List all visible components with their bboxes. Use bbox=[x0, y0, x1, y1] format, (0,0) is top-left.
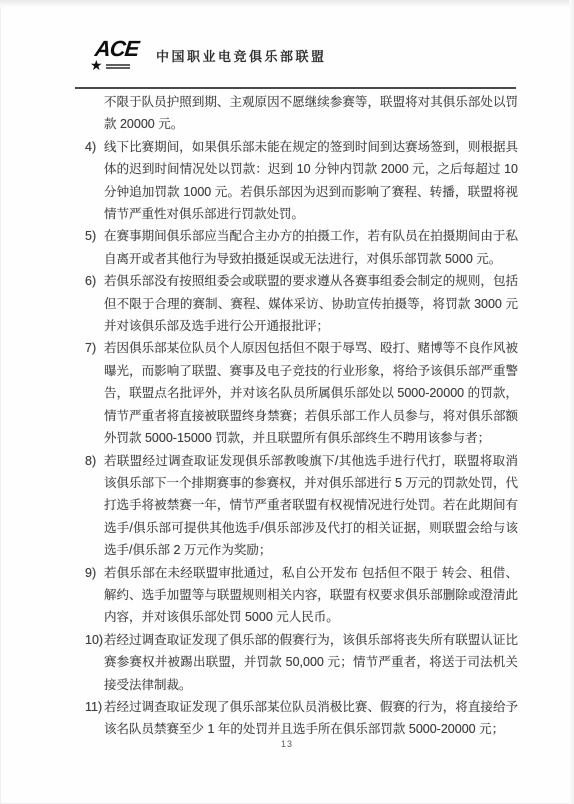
document-page: ACE ★ 中国职业电竞俱乐部联盟 不限于队员护照到期、主观原因不愿继续参赛等，… bbox=[0, 0, 574, 804]
scan-edge-right bbox=[569, 0, 574, 804]
rule-item: 6) 若俱乐部没有按照组委会或联盟的要求遵从各赛事组委会制定的规则，包括但不限于… bbox=[85, 270, 518, 337]
rule-item-text: 线下比赛期间，如果俱乐部未能在规定的签到时间到达赛场签到，则根据具体的迟到时间情… bbox=[104, 136, 518, 226]
rule-item-text: 在赛事期间俱乐部应当配合主办方的拍摄工作，若有队员在拍摄期间由于私自离开或者其他… bbox=[104, 225, 518, 270]
header-divider bbox=[75, 87, 516, 89]
rule-item-number: 9) bbox=[85, 562, 104, 629]
rule-item-number: 7) bbox=[85, 337, 104, 449]
org-title: 中国职业电竞俱乐部联盟 bbox=[156, 46, 327, 65]
rule-item: 4) 线下比赛期间，如果俱乐部未能在规定的签到时间到达赛场签到，则根据具体的迟到… bbox=[85, 136, 518, 226]
rule-item-text: 若因俱乐部某位队员个人原因包括但不限于辱骂、殴打、赌博等不良作风被曝光，而影响了… bbox=[104, 337, 518, 449]
rule-item-number: 10) bbox=[85, 629, 104, 696]
document-footer: 13 bbox=[0, 734, 574, 752]
document-header: ACE ★ 中国职业电竞俱乐部联盟 bbox=[95, 38, 327, 72]
logo-microtext bbox=[106, 64, 130, 69]
ace-logo: ACE ★ bbox=[95, 38, 143, 72]
rule-item-number: 5) bbox=[85, 225, 104, 270]
rule-item-text: 若俱乐部没有按照组委会或联盟的要求遵从各赛事组委会制定的规则，包括但不限于合理的… bbox=[104, 270, 518, 337]
star-icon: ★ bbox=[90, 58, 103, 72]
scan-edge-top bbox=[0, 0, 574, 7]
rule-item-number: 6) bbox=[85, 270, 104, 337]
rule-item-text: 若联盟经过调查取证发现俱乐部教唆旗下/其他选手进行代打，联盟将取消该俱乐部下一个… bbox=[104, 450, 518, 562]
rule-item: 7) 若因俱乐部某位队员个人原因包括但不限于辱骂、殴打、赌博等不良作风被曝光，而… bbox=[85, 337, 518, 449]
rule-item-text: 若经过调查取证发现了俱乐部的假赛行为，该俱乐部将丧失所有联盟认证比赛参赛权并被踢… bbox=[104, 629, 518, 696]
continuation-paragraph: 不限于队员护照到期、主观原因不愿继续参赛等，联盟将对其俱乐部处以罚款 20000… bbox=[104, 91, 518, 136]
rule-item: 8) 若联盟经过调查取证发现俱乐部教唆旗下/其他选手进行代打，联盟将取消该俱乐部… bbox=[85, 450, 518, 562]
document-body: 不限于队员护照到期、主观原因不愿继续参赛等，联盟将对其俱乐部处以罚款 20000… bbox=[85, 91, 518, 741]
rule-item: 9) 若俱乐部在未经联盟审批通过，私自公开发布 包括但不限于 转会、租借、解约、… bbox=[85, 562, 518, 629]
rule-item: 10) 若经过调查取证发现了俱乐部的假赛行为，该俱乐部将丧失所有联盟认证比赛参赛… bbox=[85, 629, 518, 696]
rule-item-number: 4) bbox=[85, 136, 104, 226]
rule-list: 4) 线下比赛期间，如果俱乐部未能在规定的签到时间到达赛场签到，则根据具体的迟到… bbox=[85, 136, 518, 741]
page-number: 13 bbox=[281, 739, 293, 749]
rule-item-text: 若俱乐部在未经联盟审批通过，私自公开发布 包括但不限于 转会、租借、解约、选手加… bbox=[104, 562, 518, 629]
rule-item: 5) 在赛事期间俱乐部应当配合主办方的拍摄工作，若有队员在拍摄期间由于私自离开或… bbox=[85, 225, 518, 270]
rule-item-number: 8) bbox=[85, 450, 104, 562]
